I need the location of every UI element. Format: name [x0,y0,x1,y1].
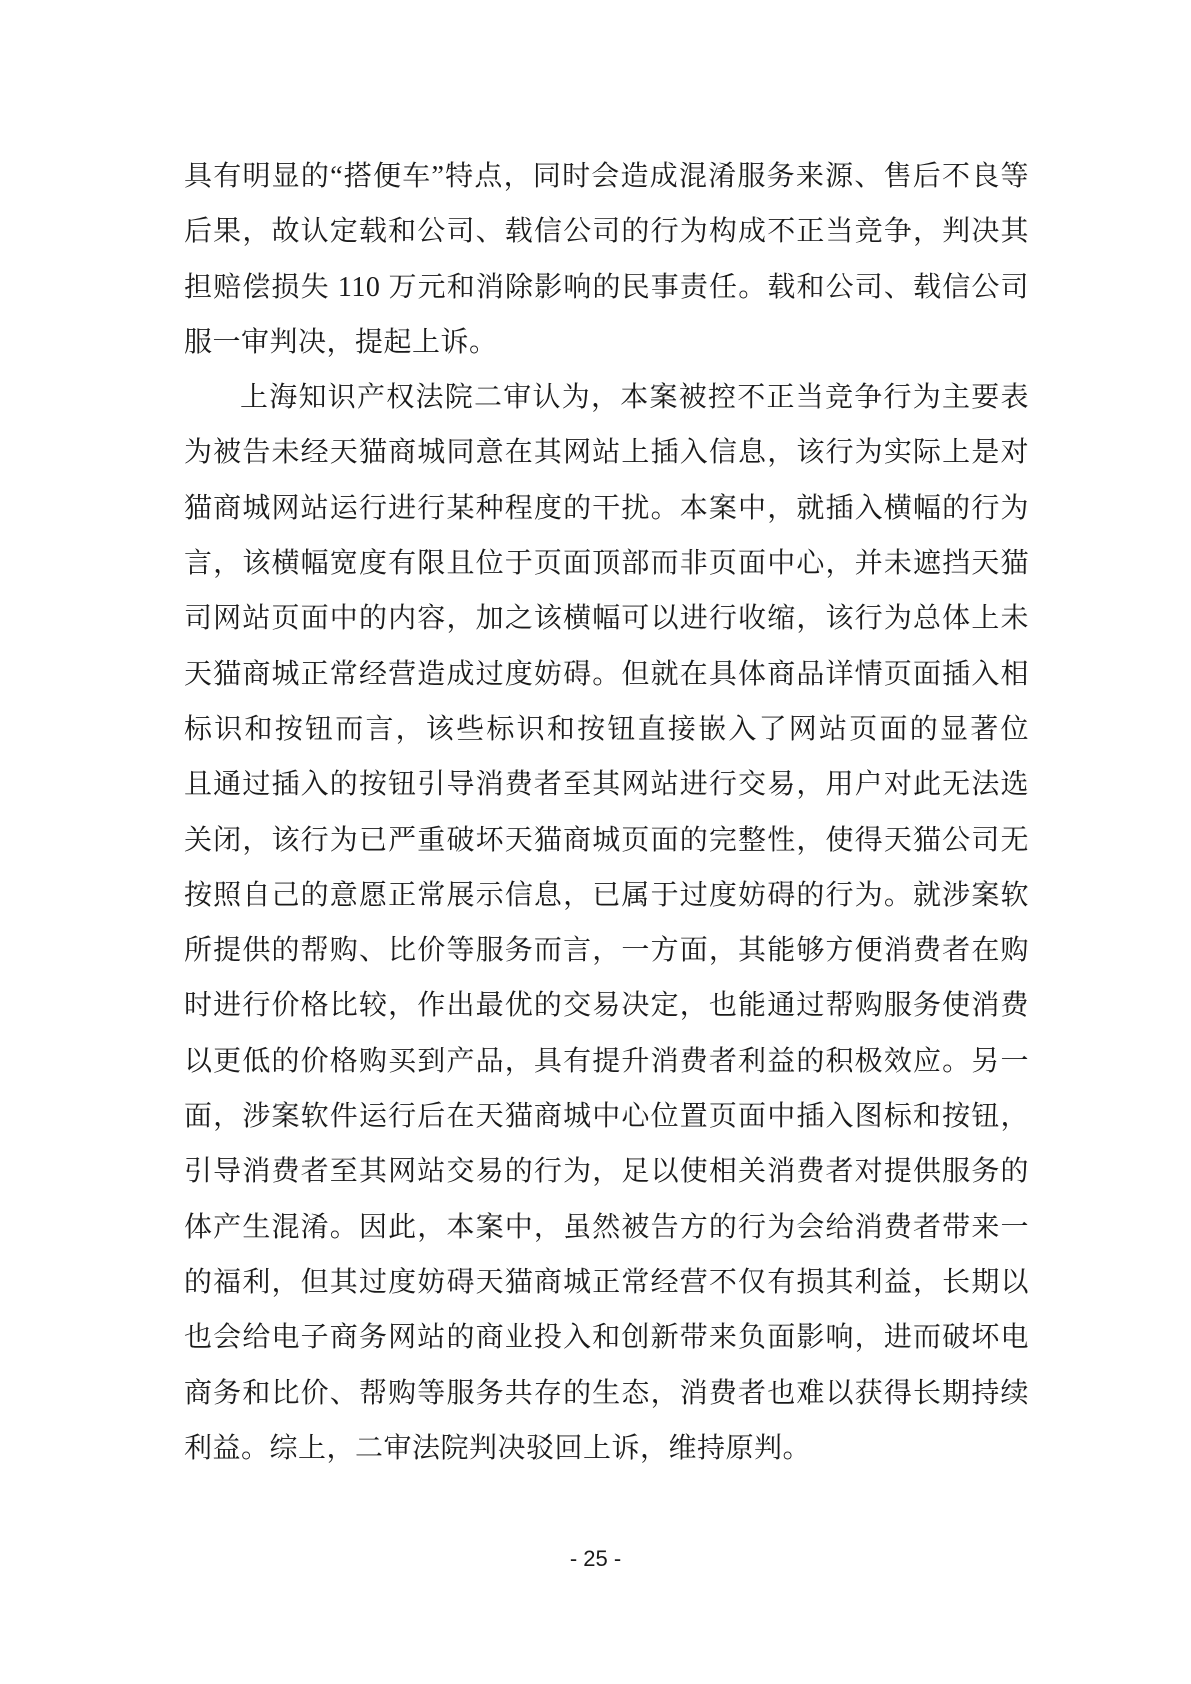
text-line: 也会给电子商务网站的商业投入和创新带来负面影响，进而破坏电子 [184,1310,1029,1365]
text-line: 以更低的价格购买到产品，具有提升消费者利益的积极效应。另一方 [184,1034,1029,1089]
text-line: 且通过插入的按钮引导消费者至其网站进行交易，用户对此无法选择 [184,757,1029,812]
paragraph-1: 具有明显的“搭便车”特点，同时会造成混淆服务来源、售后不良等后果，故认定载和公司… [184,149,1029,370]
text-line: 体产生混淆。因此，本案中，虽然被告方的行为会给消费者带来一定 [184,1200,1029,1255]
text-line: 的福利，但其过度妨碍天猫商城正常经营不仅有损其利益，长期以往 [184,1255,1029,1310]
text-line: 司网站页面中的内容，加之该横幅可以进行收缩，该行为总体上未对 [184,591,1029,646]
text-line: 猫商城网站运行进行某种程度的干扰。本案中，就插入横幅的行为而 [184,481,1029,536]
text-line: 上海知识产权法院二审认为，本案被控不正当竞争行为主要表现 [184,370,1029,425]
paragraph-2: 上海知识产权法院二审认为，本案被控不正当竞争行为主要表现为被告未经天猫商城同意在… [184,370,1029,1476]
text-line: 按照自己的意愿正常展示信息，已属于过度妨碍的行为。就涉案软件 [184,868,1029,923]
page-footer: - 25 - [0,1546,1191,1572]
text-line: 时进行价格比较，作出最优的交易决定，也能通过帮购服务使消费者 [184,978,1029,1033]
text-line: 为被告未经天猫商城同意在其网站上插入信息，该行为实际上是对天 [184,425,1029,480]
text-line: 所提供的帮购、比价等服务而言，一方面，其能够方便消费者在购物 [184,923,1029,978]
document-page: 具有明显的“搭便车”特点，同时会造成混淆服务来源、售后不良等后果，故认定载和公司… [0,0,1191,1684]
text-line: 引导消费者至其网站交易的行为，足以使相关消费者对提供服务的主 [184,1144,1029,1199]
document-body: 具有明显的“搭便车”特点，同时会造成混淆服务来源、售后不良等后果，故认定载和公司… [184,149,1029,1476]
text-line: 具有明显的“搭便车”特点，同时会造成混淆服务来源、售后不良等 [184,149,1029,204]
text-line: 天猫商城正常经营造成过度妨碍。但就在具体商品详情页面插入相应 [184,647,1029,702]
text-line: 面，涉案软件运行后在天猫商城中心位置页面中插入图标和按钮，并 [184,1089,1029,1144]
text-line: 关闭，该行为已严重破坏天猫商城页面的完整性，使得天猫公司无法 [184,813,1029,868]
text-line: 利益。综上，二审法院判决驳回上诉，维持原判。 [184,1421,1029,1476]
text-line: 担赔偿损失 110 万元和消除影响的民事责任。载和公司、载信公司不 [184,260,1029,315]
text-line: 后果，故认定载和公司、载信公司的行为构成不正当竞争，判决其承 [184,204,1029,259]
page-number: - 25 - [570,1546,621,1571]
text-line: 服一审判决，提起上诉。 [184,315,1029,370]
text-line: 言，该横幅宽度有限且位于页面顶部而非页面中心，并未遮挡天猫公 [184,536,1029,591]
text-line: 标识和按钮而言，该些标识和按钮直接嵌入了网站页面的显著位置， [184,702,1029,757]
text-line: 商务和比价、帮购等服务共存的生态，消费者也难以获得长期持续的 [184,1366,1029,1421]
